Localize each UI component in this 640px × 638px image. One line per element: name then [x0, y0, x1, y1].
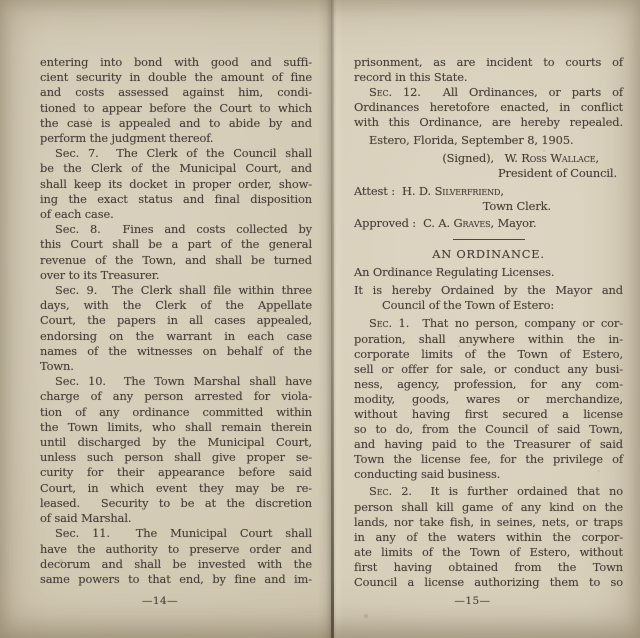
text-line: Town the license fee, for the privilege … [354, 452, 623, 467]
text-line: modity, goods, wares or merchandize, [354, 392, 623, 407]
text-line: leased. Security to be at the discretion [40, 496, 312, 511]
text-line: of said Marshal. [40, 511, 312, 526]
separator-rule-bar [453, 239, 525, 240]
small-caps-text: Sec. 2. [369, 484, 412, 498]
text-line: Sec. 10. The Town Marshal shall have [40, 374, 312, 389]
text-line: Town. [40, 359, 312, 374]
text-line: Sec. 1. That no person, company or cor- [354, 316, 623, 331]
text-line: ness, agency, profession, for any com- [354, 377, 623, 392]
text-line: same powers to that end, by fine and im- [40, 572, 312, 587]
text-line: Sec. 11. The Municipal Court shall [40, 526, 312, 541]
text-line: tion of any ordinance committed within [40, 405, 312, 420]
small-caps-text: Sec. 1. [369, 316, 409, 330]
page-14-number: —14— [24, 595, 296, 607]
text-line: Sec. 8. Fines and costs collected by [40, 222, 312, 237]
text-line: the Town limits, who shall remain therei… [40, 420, 312, 435]
book-spread: entering into bond with good and suffi-c… [0, 0, 640, 638]
text-line: days, with the Clerk of the Appellate [40, 298, 312, 313]
text-line: ate limits of the Town of Estero, withou… [354, 545, 623, 560]
text-segment: It is further ordained that no [412, 484, 623, 498]
text-segment: Attest : [354, 184, 402, 198]
text-line: perform the judgment thereof. [40, 131, 312, 146]
text-line: Sec. 9. The Clerk shall file within thre… [40, 283, 312, 298]
text-segment: That no person, company or cor- [409, 316, 623, 330]
text-line: and having paid to the Treasurer of said [354, 437, 623, 452]
text-line: tioned to appear before the Court to whi… [40, 101, 312, 116]
text-line: Approved : C. A. Graves, Mayor. [354, 216, 623, 231]
text-line: curity for their appearance before said [40, 465, 312, 480]
text-line: Sec. 7. The Clerk of the Council shall [40, 146, 312, 161]
text-line: be the Clerk of the Municipal Court, and [40, 161, 312, 176]
text-line: entering into bond with good and suffi- [40, 55, 312, 70]
text-line: ing the exact status and final dispositi… [40, 192, 312, 207]
separator-rule [354, 233, 623, 245]
text-line: unless such person shall give proper se- [40, 450, 312, 465]
text-line: President of Council. [354, 166, 623, 181]
text-line: the case is appealed and to abide by and [40, 116, 312, 131]
text-line: An Ordinance Regulating Licenses. [354, 265, 623, 280]
page-14: entering into bond with good and suffi-c… [0, 0, 330, 638]
page-15-number: —15— [338, 595, 607, 607]
text-line: have the authority to preserve order and [40, 542, 312, 557]
text-line: lands, nor take fish, in seines, nets, o… [354, 515, 623, 530]
text-line: this Court shall be a part of the genera… [40, 237, 312, 252]
text-line: sell or offer for sale, or conduct any b… [354, 362, 623, 377]
text-line: over to its Treasurer. [40, 268, 312, 283]
text-line: until discharged by the Municipal Court, [40, 435, 312, 450]
text-line: Sec. 2. It is further ordained that no [354, 484, 623, 499]
page-15: prisonment, as are incident to courts of… [330, 0, 640, 638]
text-line: shall keep its docket in proper order, s… [40, 177, 312, 192]
small-caps-text: H. D. Silverfriend, [402, 184, 504, 198]
text-line: names of the witnesses on behalf of the [40, 344, 312, 359]
text-line: Sec. 12. All Ordinances, or parts of [354, 85, 623, 100]
text-line: revenue of the Town, and shall be turned [40, 253, 312, 268]
text-line: in any of the waters within the corpor- [354, 530, 623, 545]
small-caps-text: W. Ross Wallace, [505, 151, 599, 165]
text-line: record in this State. [354, 70, 623, 85]
text-line: endorsing on the warrant in each case [40, 329, 312, 344]
text-line: Council a license authorizing them to so [354, 575, 623, 590]
text-line: charge of any person arrested for viola- [40, 389, 312, 404]
text-line: with this Ordinance, are hereby repealed… [354, 115, 623, 130]
text-line: conducting said business. [354, 467, 623, 482]
text-line: cient security in double the amount of f… [40, 70, 312, 85]
text-line: Attest : H. D. Silverfriend, [354, 184, 623, 199]
text-line: Ordinances heretofore enacted, in confli… [354, 100, 623, 115]
text-line: and costs assessed against him, condi- [40, 85, 312, 100]
text-line: AN ORDINANCE. [354, 247, 623, 262]
text-line: person shall kill game of any kind on th… [354, 500, 623, 515]
text-line: (Signed), W. Ross Wallace, [354, 151, 623, 166]
page-15-text: prisonment, as are incident to courts of… [354, 55, 623, 590]
text-line: decorum and shall be invested with the [40, 557, 312, 572]
text-line: first having obtained from the Town [354, 560, 623, 575]
text-line: corporate limits of the Town of Estero, [354, 347, 623, 362]
text-line: poration, shall anywhere within the in- [354, 332, 623, 347]
text-line: without having first secured a license [354, 407, 623, 422]
text-line: Court, the papers in all cases appealed, [40, 313, 312, 328]
text-segment: Mayor. [494, 216, 536, 230]
text-line: It is hereby Ordained by the Mayor and [354, 283, 623, 298]
page-14-text: entering into bond with good and suffi-c… [40, 55, 312, 587]
text-line: so to do, from the Council of said Town, [354, 422, 623, 437]
text-line: Council of the Town of Estero: [354, 298, 623, 313]
small-caps-text: Sec. 12. [369, 85, 421, 99]
text-line: Estero, Florida, September 8, 1905. [354, 133, 623, 148]
text-segment: (Signed), [442, 151, 504, 165]
text-line: prisonment, as are incident to courts of [354, 55, 623, 70]
text-line: of each case. [40, 207, 312, 222]
text-segment: Approved : [354, 216, 423, 230]
text-segment: All Ordinances, or parts of [421, 85, 623, 99]
text-line: Court, in which event they may be re- [40, 481, 312, 496]
text-line: Town Clerk. [354, 199, 623, 214]
small-caps-text: C. A. Graves, [423, 216, 494, 230]
